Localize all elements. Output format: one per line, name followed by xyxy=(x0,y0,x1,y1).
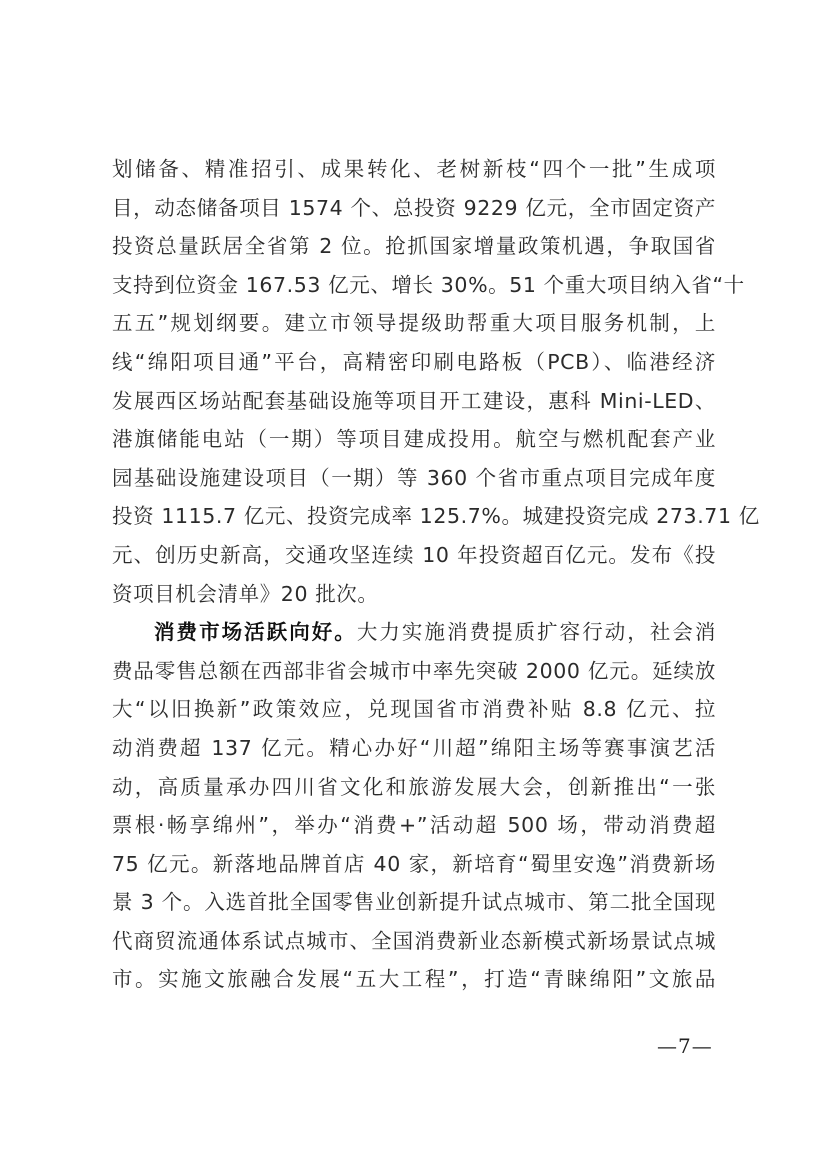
text-line: 75 亿元。新落地品牌首店 40 家，新培育“蜀里安逸”消费新场 xyxy=(112,845,716,884)
text-line-first: 消费市场活跃向好。大力实施消费提质扩容行动，社会消 xyxy=(112,613,716,652)
text-line: 景 3 个。入选首批全国零售业创新提升试点城市、第二批全国现 xyxy=(112,883,716,922)
text-line: 线“绵阳项目通”平台，高精密印刷电路板（PCB）、临港经济 xyxy=(112,343,716,382)
text-line: 划储备、精准招引、成果转化、老树新枝“四个一批”生成项 xyxy=(112,150,716,189)
text-line: 动，高质量承办四川省文化和旅游发展大会，创新推出“一张 xyxy=(112,768,716,807)
paragraph-heading: 消费市场活跃向好。 xyxy=(154,620,357,644)
text-run: 大力实施消费提质扩容行动，社会消 xyxy=(357,620,716,644)
text-line: 票根·畅享绵州”，举办“消费+”活动超 500 场，带动消费超 xyxy=(112,806,716,845)
text-line: 投资 1115.7 亿元、投资完成率 125.7%。城建投资完成 273.71 … xyxy=(112,497,716,536)
text-line: 动消费超 137 亿元。精心办好“川超”绵阳主场等赛事演艺活 xyxy=(112,729,716,768)
text-line: 资项目机会清单》20 批次。 xyxy=(112,575,716,614)
text-line: 市。实施文旅融合发展“五大工程”，打造“青睐绵阳”文旅品 xyxy=(112,960,716,999)
text-line: 投资总量跃居全省第 2 位。抢抓国家增量政策机遇，争取国省 xyxy=(112,227,716,266)
text-line: 代商贸流通体系试点城市、全国消费新业态新模式新场景试点城 xyxy=(112,922,716,961)
text-line: 费品零售总额在西部非省会城市中率先突破 2000 亿元。延续放 xyxy=(112,652,716,691)
page-number: —7— xyxy=(657,1034,713,1058)
document-body: 划储备、精准招引、成果转化、老树新枝“四个一批”生成项 目，动态储备项目 157… xyxy=(112,150,716,999)
text-line: 支持到位资金 167.53 亿元、增长 30%。51 个重大项目纳入省“十 xyxy=(112,266,716,305)
text-line: 五五”规划纲要。建立市领导提级助帮重大项目服务机制，上 xyxy=(112,304,716,343)
text-line: 目，动态储备项目 1574 个、总投资 9229 亿元，全市固定资产 xyxy=(112,189,716,228)
paragraph-investment: 划储备、精准招引、成果转化、老树新枝“四个一批”生成项 目，动态储备项目 157… xyxy=(112,150,716,613)
text-line: 园基础设施建设项目（一期）等 360 个省市重点项目完成年度 xyxy=(112,459,716,498)
text-line: 元、创历史新高，交通攻坚连续 10 年投资超百亿元。发布《投 xyxy=(112,536,716,575)
text-line: 港旗储能电站（一期）等项目建成投用。航空与燃机配套产业 xyxy=(112,420,716,459)
paragraph-consumption: 消费市场活跃向好。大力实施消费提质扩容行动，社会消 费品零售总额在西部非省会城市… xyxy=(112,613,716,999)
text-line: 发展西区场站配套基础设施等项目开工建设，惠科 Mini-LED、 xyxy=(112,382,716,421)
document-page: 划储备、精准招引、成果转化、老树新枝“四个一批”生成项 目，动态储备项目 157… xyxy=(0,0,826,1169)
text-line: 大“以旧换新”政策效应，兑现国省市消费补贴 8.8 亿元、拉 xyxy=(112,690,716,729)
